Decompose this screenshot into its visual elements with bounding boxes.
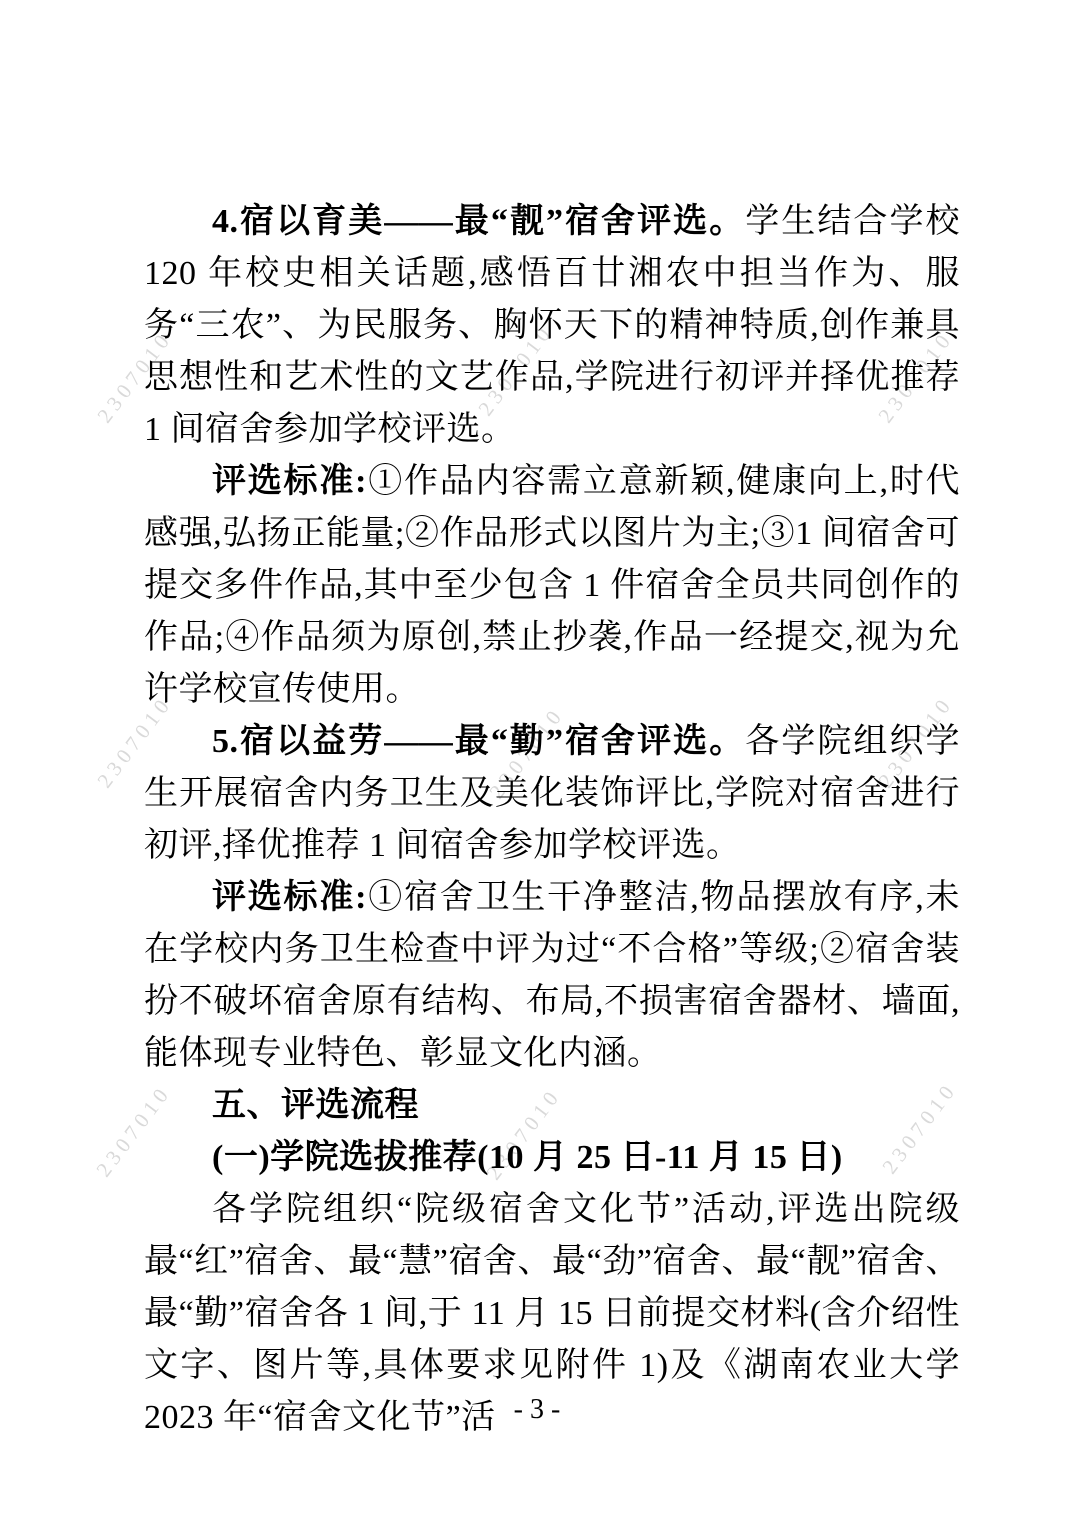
document-body: 4.宿以育美——最“靓”宿舍评选。学生结合学校 120 年校史相关话题,感悟百廿… [144, 196, 960, 1444]
paragraph-5-criteria: 评选标准:①宿舍卫生干净整洁,物品摆放有序,未在学校内务卫生检查中评为过“不合格… [144, 872, 960, 1080]
paragraph-4-lead: 4.宿以育美——最“靓”宿舍评选。 [212, 203, 745, 240]
document-page: 2307010 2307010 2307010 2307010 2307010 … [0, 0, 1074, 1520]
paragraph-4-criteria: 评选标准:①作品内容需立意新颖,健康向上,时代感强,弘扬正能量;②作品形式以图片… [144, 456, 960, 716]
paragraph-4-evaluation: 4.宿以育美——最“靓”宿舍评选。学生结合学校 120 年校史相关话题,感悟百廿… [144, 196, 960, 456]
paragraph-4-criteria-lead: 评选标准: [212, 463, 367, 500]
subsection-heading-1-text: (一)学院选拔推荐(10 月 25 日-11 月 15 日) [212, 1139, 843, 1176]
section-heading-5-text: 五、评选流程 [212, 1087, 419, 1124]
paragraph-5-evaluation: 5.宿以益劳——最“勤”宿舍评选。各学院组织学生开展宿舍内务卫生及美化装饰评比,… [144, 716, 960, 872]
subsection-heading-1: (一)学院选拔推荐(10 月 25 日-11 月 15 日) [144, 1132, 960, 1184]
paragraph-5-criteria-lead: 评选标准: [212, 879, 367, 916]
paragraph-5-lead: 5.宿以益劳——最“勤”宿舍评选。 [212, 723, 745, 760]
section-heading-5: 五、评选流程 [144, 1080, 960, 1132]
page-number: - 3 - [0, 1394, 1074, 1426]
